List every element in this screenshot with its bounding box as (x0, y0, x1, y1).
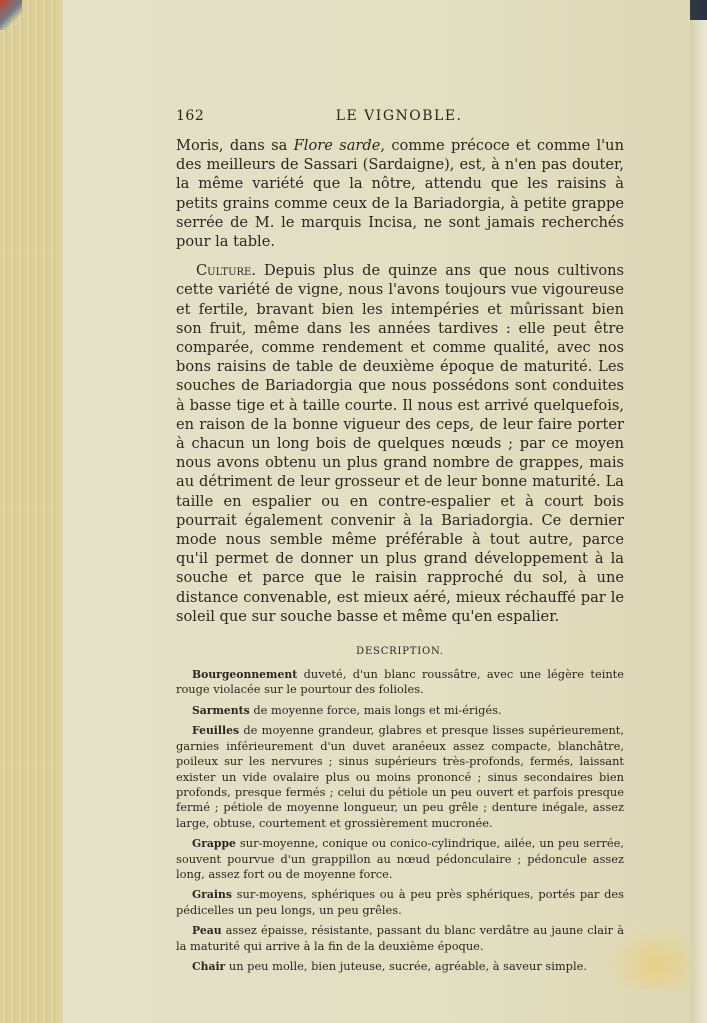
description-text: un peu molle, bien juteuse, sucrée, agré… (225, 959, 587, 973)
description-term: Bourgeonnement (192, 668, 297, 681)
description-item-peau: Peau assez épaisse, résistante, passant … (176, 923, 624, 954)
culture-label: Culture. (196, 262, 256, 279)
running-title: LE VIGNOBLE. (204, 108, 594, 124)
description-item-grains: Grains sur-moyens, sphériques ou à peu p… (176, 887, 624, 918)
book-page-edges (0, 0, 62, 1023)
description-item-feuilles: Feuilles de moyenne grandeur, glabres et… (176, 723, 624, 831)
description-term: Feuilles (192, 724, 239, 737)
description-item-chair: Chair un peu molle, bien juteuse, sucrée… (176, 959, 624, 974)
description-text: sur-moyenne, conique ou conico-cylindriq… (176, 836, 624, 881)
description-term: Grappe (192, 837, 236, 850)
page-number: 162 (176, 108, 204, 124)
description-text: de moyenne force, mais longs et mi-érigé… (250, 703, 502, 717)
description-term: Peau (192, 924, 222, 937)
description-item-bourgeonnement: Bourgeonnement duveté, d'un blanc roussâ… (176, 667, 624, 698)
facing-page-edge (690, 20, 707, 1023)
culture-text: Depuis plus de quinze ans que nous culti… (176, 262, 624, 625)
description-item-sarments: Sarments de moyenne force, mais longs et… (176, 703, 624, 718)
running-head: 162 LE VIGNOBLE. (176, 108, 624, 124)
intro-text-start: Moris, dans sa (176, 137, 294, 154)
description-text: assez épaisse, résistante, passant du bl… (176, 923, 624, 952)
description-term: Chair (192, 960, 225, 973)
intro-paragraph: Moris, dans sa Flore sarde, comme précoc… (176, 136, 624, 251)
description-heading: DESCRIPTION. (176, 646, 624, 657)
description-term: Grains (192, 888, 232, 901)
page-content: 162 LE VIGNOBLE. Moris, dans sa Flore sa… (176, 108, 624, 979)
description-text: de moyenne grandeur, glabres et presque … (176, 723, 624, 829)
description-term: Sarments (192, 704, 250, 717)
culture-paragraph: Culture. Depuis plus de quinze ans que n… (176, 261, 624, 626)
description-item-grappe: Grappe sur-moyenne, conique ou conico-cy… (176, 836, 624, 882)
description-text: sur-moyens, sphériques ou à peu près sph… (176, 887, 624, 916)
book-title-italic: Flore sarde (294, 137, 381, 154)
